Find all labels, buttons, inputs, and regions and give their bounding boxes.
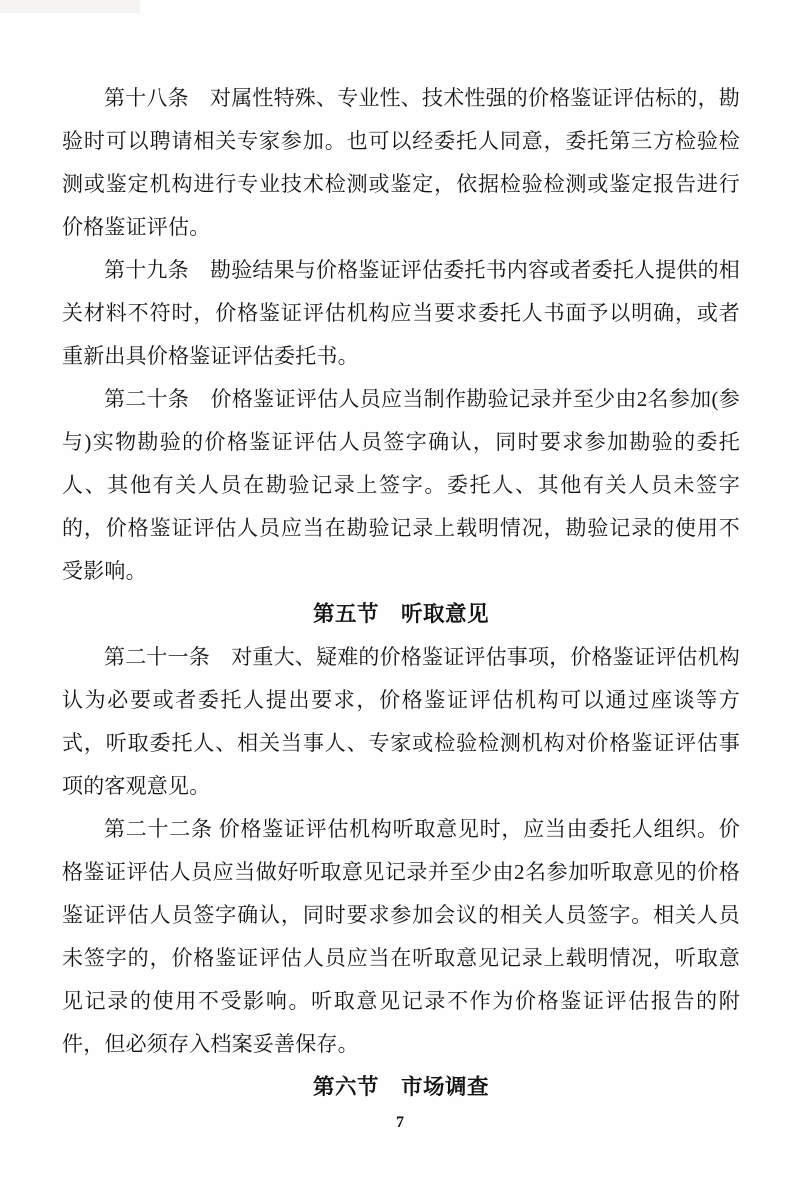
article-20-paragraph: 第二十条 价格鉴证评估人员应当制作勘验记录并至少由2名参加(参与)实物勘验的价格… — [62, 378, 740, 593]
document-page: 第十八条 对属性特殊、专业性、技术性强的价格鉴证评估标的，勘验时可以聘请相关专家… — [0, 0, 800, 1203]
scan-artifact-top-left — [0, 0, 140, 13]
document-body: 第十八条 对属性特殊、专业性、技术性强的价格鉴证评估标的，勘验时可以聘请相关专家… — [62, 77, 740, 1109]
article-19-paragraph: 第十九条 勘验结果与价格鉴证评估委托书内容或者委托人提供的相关材料不符时，价格鉴… — [62, 249, 740, 378]
page-number: 7 — [0, 1114, 800, 1132]
article-21-paragraph: 第二十一条 对重大、疑难的价格鉴证评估事项，价格鉴证评估机构认为必要或者委托人提… — [62, 636, 740, 808]
section-6-heading: 第六节 市场调查 — [62, 1066, 740, 1109]
article-22-paragraph: 第二十二条 价格鉴证评估机构听取意见时，应当由委托人组织。价格鉴证评估人员应当做… — [62, 808, 740, 1066]
section-5-heading: 第五节 听取意见 — [62, 593, 740, 636]
article-18-paragraph: 第十八条 对属性特殊、专业性、技术性强的价格鉴证评估标的，勘验时可以聘请相关专家… — [62, 77, 740, 249]
